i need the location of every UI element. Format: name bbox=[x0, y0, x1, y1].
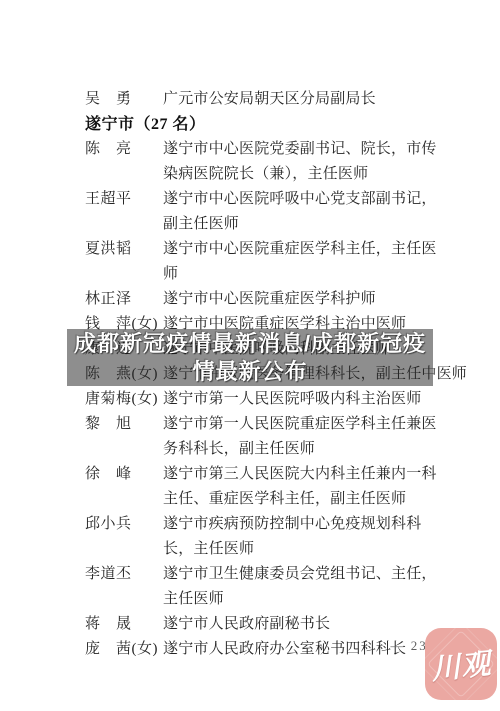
person-title: 遂宁市中心医院呼吸中心党支部副书记，副主任医师 bbox=[163, 187, 448, 237]
person-name: 陈 亮 bbox=[85, 137, 163, 187]
logo-text: 川观 bbox=[429, 640, 493, 687]
person-name: 林正泽 bbox=[85, 287, 163, 312]
person-name: 王超平 bbox=[85, 187, 163, 237]
city-section-header: 遂宁市（27 名） bbox=[85, 112, 455, 137]
person-title: 遂宁市人民政府副秘书长 bbox=[163, 612, 448, 637]
watermark-title-banner: 成都新冠疫情最新消息/成都新冠疫 情最新公布 bbox=[67, 329, 433, 386]
chuanguan-logo: 川观 bbox=[425, 628, 497, 700]
person-name: 邱小兵 bbox=[85, 512, 163, 562]
person-title: 遂宁市疾病预防控制中心免疫规划科科长，主任医师 bbox=[163, 512, 448, 562]
person-name: 李道丕 bbox=[85, 562, 163, 612]
person-title: 广元市公安局朝天区分局副局长 bbox=[163, 87, 448, 112]
person-title: 遂宁市第一人民医院重症医学科主任兼医务科科长，副主任医师 bbox=[163, 412, 448, 462]
person-name: 唐菊梅(女) bbox=[85, 387, 163, 412]
person-name: 黎 旭 bbox=[85, 412, 163, 462]
person-title: 遂宁市中心医院党委副书记、院长，市传染病医院院长（兼），主任医师 bbox=[163, 137, 448, 187]
person-title: 遂宁市第三人民医院大内科主任兼内一科主任、重症医学科主任，副主任医师 bbox=[163, 462, 448, 512]
person-title: 遂宁市卫生健康委员会党组书记、主任，主任医师 bbox=[163, 562, 448, 612]
list-row: 李道丕 遂宁市卫生健康委员会党组书记、主任，主任医师 bbox=[85, 562, 455, 612]
list-row: 王超平 遂宁市中心医院呼吸中心党支部副书记，副主任医师 bbox=[85, 187, 455, 237]
list-row: 唐菊梅(女) 遂宁市第一人民医院呼吸内科主治医师 bbox=[85, 387, 455, 412]
watermark-title-line2: 情最新公布 bbox=[67, 358, 433, 386]
list-row: 夏洪韬 遂宁市中心医院重症医学科主任，主任医师 bbox=[85, 237, 455, 287]
person-name: 蒋 晟 bbox=[85, 612, 163, 637]
list-row: 林正泽 遂宁市中心医院重症医学科护师 bbox=[85, 287, 455, 312]
list-row: 邱小兵 遂宁市疾病预防控制中心免疫规划科科长，主任医师 bbox=[85, 512, 455, 562]
person-name: 徐 峰 bbox=[85, 462, 163, 512]
person-title: 遂宁市第一人民医院呼吸内科主治医师 bbox=[163, 387, 448, 412]
person-title: 遂宁市中心医院重症医学科主任，主任医师 bbox=[163, 237, 448, 287]
person-title: 遂宁市中心医院重症医学科护师 bbox=[163, 287, 448, 312]
person-name: 夏洪韬 bbox=[85, 237, 163, 287]
person-name: 庞 茜(女) bbox=[85, 637, 163, 662]
list-row: 吴 勇 广元市公安局朝天区分局副局长 bbox=[85, 87, 455, 112]
watermark-title-line1: 成都新冠疫情最新消息/成都新冠疫 bbox=[67, 330, 433, 358]
city-section-header-text: 遂宁市（27 名） bbox=[85, 112, 206, 137]
list-row: 陈 亮 遂宁市中心医院党委副书记、院长，市传染病医院院长（兼），主任医师 bbox=[85, 137, 455, 187]
list-row: 蒋 晟 遂宁市人民政府副秘书长 bbox=[85, 612, 455, 637]
list-row: 黎 旭 遂宁市第一人民医院重症医学科主任兼医务科科长，副主任医师 bbox=[85, 412, 455, 462]
list-row: 徐 峰 遂宁市第三人民医院大内科主任兼内一科主任、重症医学科主任，副主任医师 bbox=[85, 462, 455, 512]
document-page: 吴 勇 广元市公安局朝天区分局副局长 遂宁市（27 名） 陈 亮 遂宁市中心医院… bbox=[0, 0, 500, 711]
person-name: 吴 勇 bbox=[85, 87, 163, 112]
